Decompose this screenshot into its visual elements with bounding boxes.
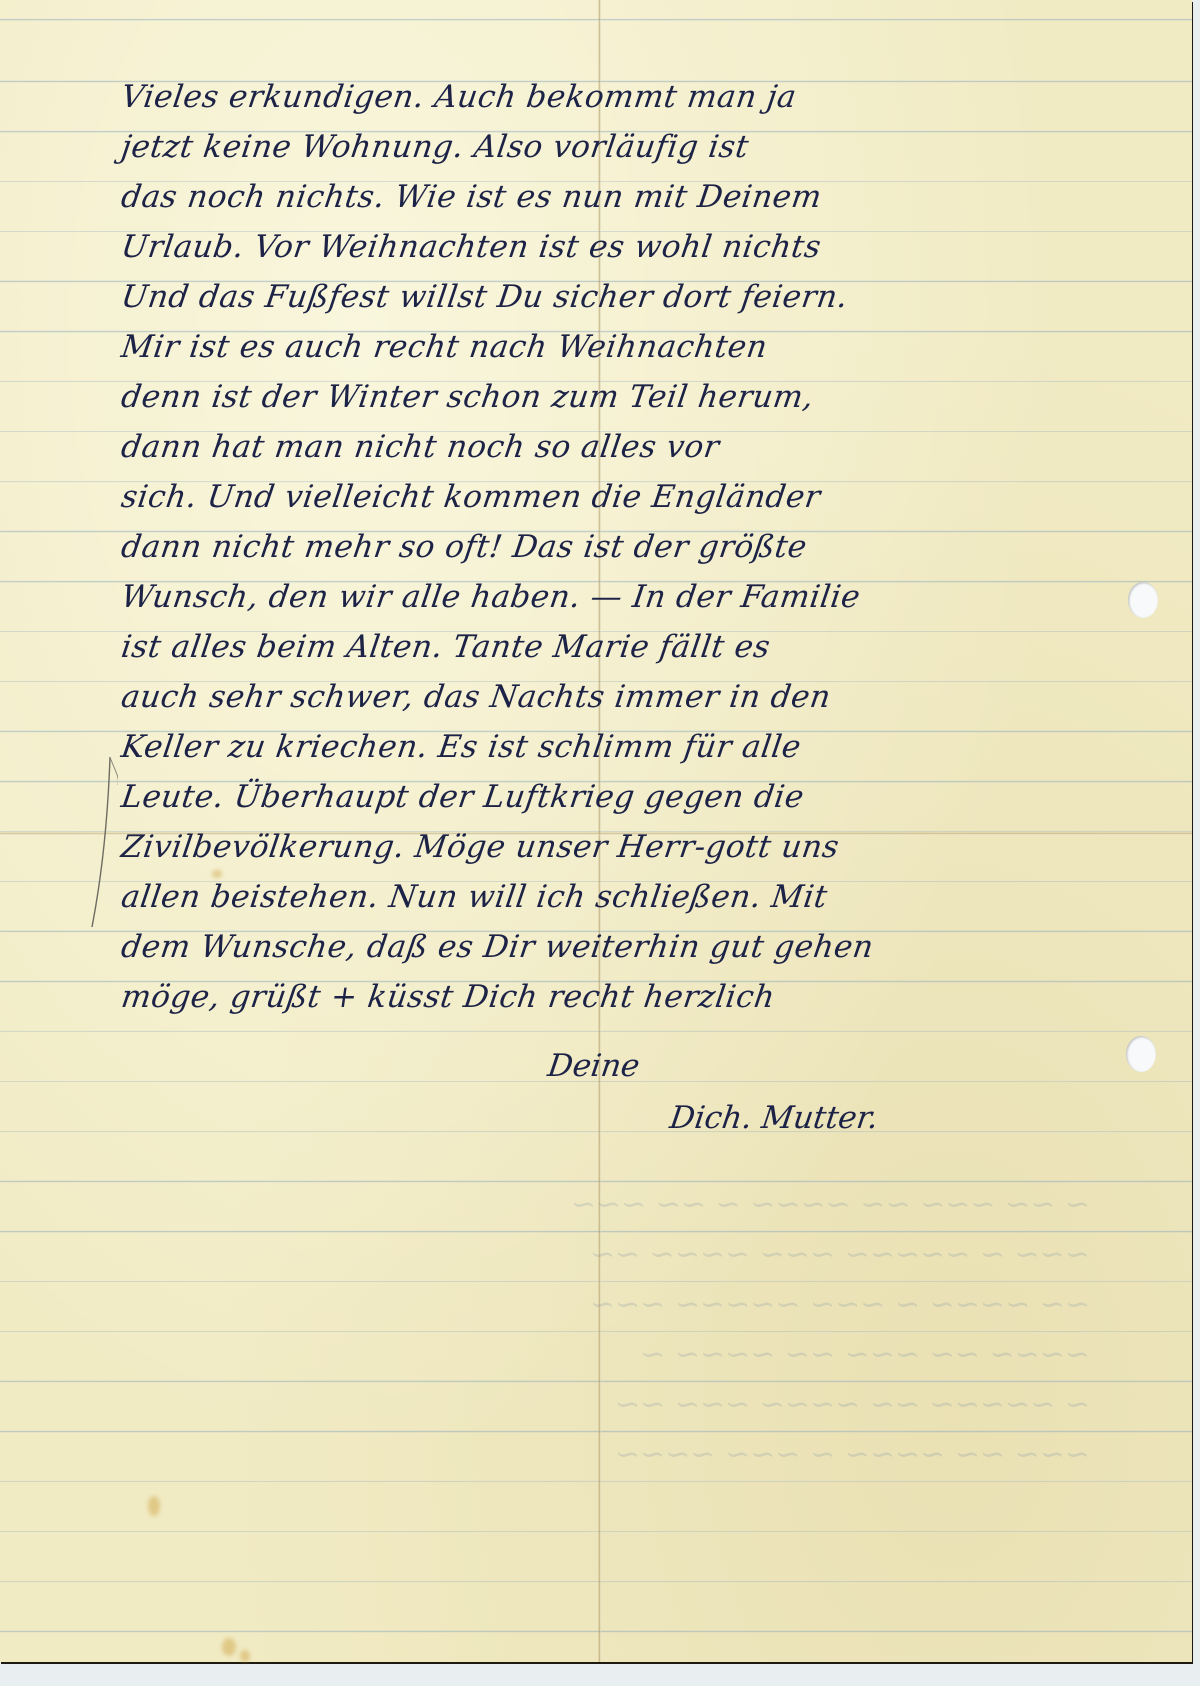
letter-line: dann nicht mehr so oft! Das ist der größ… (118, 522, 1185, 572)
letter-line: auch sehr schwer, das Nachts immer in de… (118, 672, 1185, 722)
ink-showthrough: ~ ~~ ~~~ ~~ ~~~~ ~ ~~ ~~~ ~~~ ~ ~~~~~ ~~… (140, 1180, 1090, 1480)
letter-line: Wunsch, den wir alle haben. — In der Fam… (118, 572, 1185, 622)
letter-line: Vieles erkundigen. Auch bekommt man ja (118, 72, 1185, 122)
punch-hole-icon (1126, 1036, 1156, 1072)
letter-line: ist alles beim Alten. Tante Marie fällt … (118, 622, 1185, 672)
signature: Dich. Mutter. (667, 1100, 880, 1136)
letter-line: möge, grüßt + küsst Dich recht herzlich (118, 972, 1185, 1022)
letter-paper: ~ ~~ ~~~ ~~ ~~~~ ~ ~~ ~~~ ~~~ ~ ~~~~~ ~~… (0, 0, 1192, 1662)
letter-line: Und das Fußfest willst Du sicher dort fe… (118, 272, 1185, 322)
letter-line: dem Wunsche, daß es Dir weiterhin gut ge… (118, 922, 1185, 972)
foxing-stain (148, 1496, 160, 1516)
letter-line: jetzt keine Wohnung. Also vorläufig ist (118, 122, 1185, 172)
letter-line: sich. Und vielleicht kommen die Englände… (118, 472, 1185, 522)
closing-salutation: Deine (545, 1048, 641, 1084)
pencil-margin-bracket-icon (88, 755, 118, 930)
letter-line: Mir ist es auch recht nach Weihnachten (118, 322, 1185, 372)
letter-line: Urlaub. Vor Weihnachten ist es wohl nich… (118, 222, 1185, 272)
foxing-stain (222, 1638, 236, 1656)
letter-line: das noch nichts. Wie ist es nun mit Dein… (118, 172, 1185, 222)
foxing-stain (240, 1650, 250, 1662)
letter-body: Vieles erkundigen. Auch bekommt man ja j… (118, 72, 1178, 1022)
letter-line: Zivilbevölkerung. Möge unser Herr-gott u… (118, 822, 1185, 872)
letter-line: allen beistehen. Nun will ich schließen.… (118, 872, 1185, 922)
letter-line: Keller zu kriechen. Es ist schlimm für a… (118, 722, 1185, 772)
letter-line: dann hat man nicht noch so alles vor (118, 422, 1185, 472)
letter-line: Leute. Überhaupt der Luftkrieg gegen die (118, 772, 1185, 822)
letter-line: denn ist der Winter schon zum Teil herum… (118, 372, 1185, 422)
